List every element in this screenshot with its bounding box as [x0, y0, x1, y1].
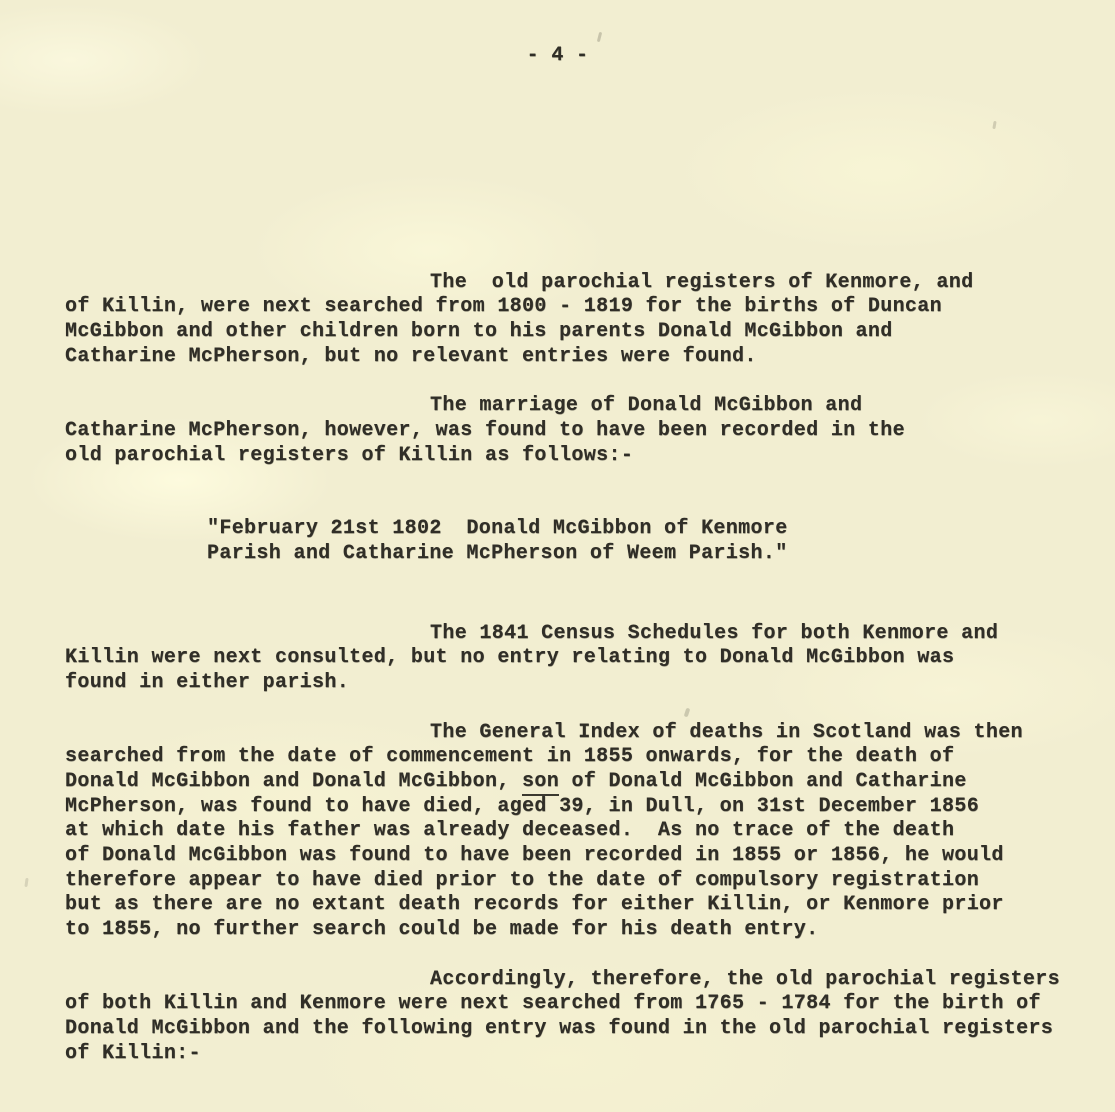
text-line: Accordingly, therefore, the old parochia… [65, 968, 1115, 993]
text-line: old parochial registers of Killin as fol… [65, 444, 1115, 469]
paragraph-death-index: The General Index of deaths in Scotland … [65, 721, 1115, 943]
blockquote-marriage-entry: "February 21st 1802 Donald McGibbon of K… [65, 517, 1115, 566]
ink-speck [24, 878, 28, 887]
text-line: but as there are no extant death records… [65, 893, 1115, 918]
document-body: The old parochial registers of Kenmore, … [65, 271, 1115, 1067]
text-run: Donald McGibbon and Donald McGibbon, [65, 770, 522, 793]
text-line: Donald McGibbon and Donald McGibbon, son… [65, 770, 1115, 795]
underlined-word: son [522, 770, 559, 796]
text-run: of Donald McGibbon and Catharine [559, 770, 967, 793]
text-line: therefore appear to have died prior to t… [65, 869, 1115, 894]
text-line: of Killin:- [65, 1042, 1115, 1067]
text-line: The marriage of Donald McGibbon and [65, 394, 1115, 419]
text-line: of Killin, were next searched from 1800 … [65, 295, 1115, 320]
text-line: of both Killin and Kenmore were next sea… [65, 992, 1115, 1017]
text-line: Parish and Catharine McPherson of Weem P… [207, 542, 1115, 567]
text-line: of Donald McGibbon was found to have bee… [65, 844, 1115, 869]
page-number: - 4 - [0, 0, 1115, 69]
text-line: The 1841 Census Schedules for both Kenmo… [65, 622, 1115, 647]
paragraph-marriage-record: The marriage of Donald McGibbon and Cath… [65, 394, 1115, 468]
paragraph-census: The 1841 Census Schedules for both Kenmo… [65, 622, 1115, 696]
text-line: at which date his father was already dec… [65, 819, 1115, 844]
text-line: found in either parish. [65, 671, 1115, 696]
text-line: Catharine McPherson, but no relevant ent… [65, 345, 1115, 370]
text-line: The General Index of deaths in Scotland … [65, 721, 1115, 746]
text-line: McGibbon and other children born to his … [65, 320, 1115, 345]
text-line: Catharine McPherson, however, was found … [65, 419, 1115, 444]
paragraph-opr-search: The old parochial registers of Kenmore, … [65, 271, 1115, 370]
ink-speck [992, 121, 996, 129]
paragraph-birth-search: Accordingly, therefore, the old parochia… [65, 968, 1115, 1067]
text-line: Donald McGibbon and the following entry … [65, 1017, 1115, 1042]
scanned-document-page: - 4 - The old parochial registers of Ken… [0, 0, 1115, 1112]
text-line: McPherson, was found to have died, aged … [65, 795, 1115, 820]
text-line: The old parochial registers of Kenmore, … [65, 271, 1115, 296]
text-line: Killin were next consulted, but no entry… [65, 646, 1115, 671]
text-line: "February 21st 1802 Donald McGibbon of K… [207, 517, 1115, 542]
text-line: searched from the date of commencement i… [65, 745, 1115, 770]
text-line: to 1855, no further search could be made… [65, 918, 1115, 943]
